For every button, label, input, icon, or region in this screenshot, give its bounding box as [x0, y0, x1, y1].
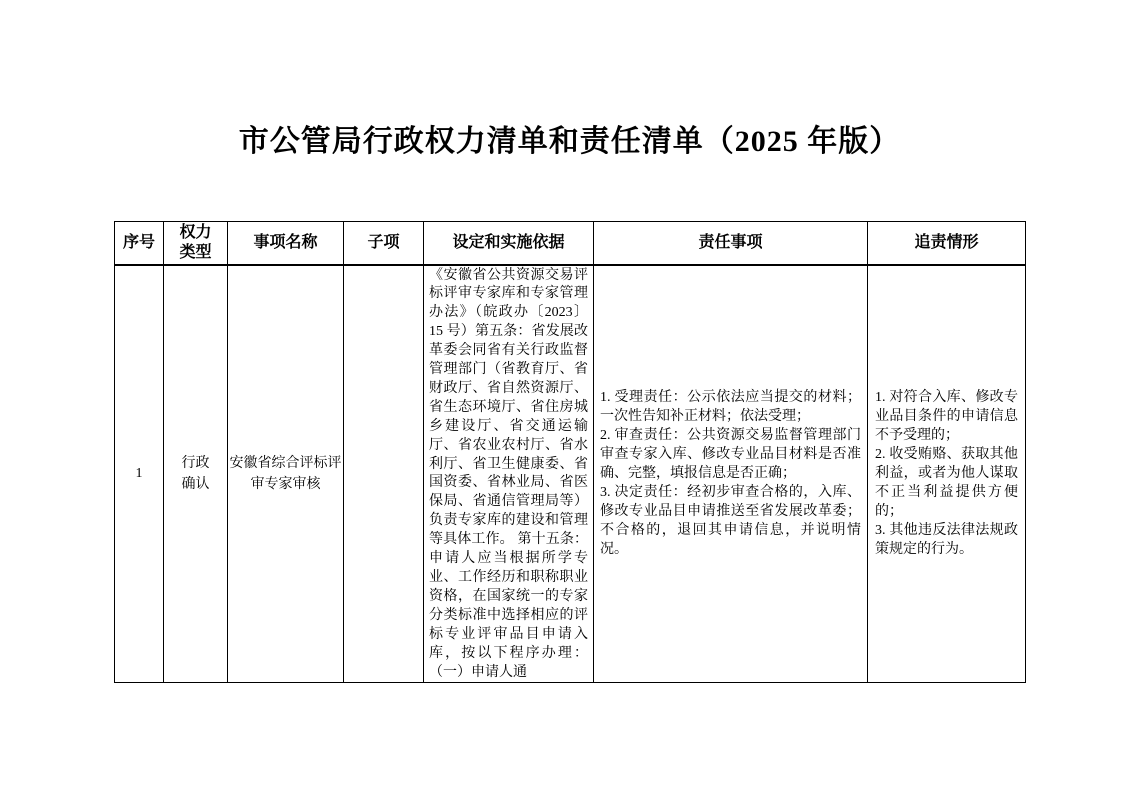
- column-header-legal-basis: 设定和实施依据: [424, 222, 594, 265]
- column-header-responsibility: 责任事项: [594, 222, 868, 265]
- table-row: 1 行政 确认 安徽省综合评标评审专家审核 《安徽省公共资源交易评标评审专家库和…: [115, 265, 1026, 683]
- column-header-item-name: 事项名称: [228, 222, 344, 265]
- cell-responsibility: 1. 受理责任：公示依法应当提交的材料；一次性告知补正材料；依法受理； 2. 审…: [594, 265, 868, 683]
- column-header-seq: 序号: [115, 222, 164, 265]
- column-header-sub-item: 子项: [344, 222, 424, 265]
- cell-power-type: 行政 确认: [164, 265, 228, 683]
- header-row: 序号 权力 类型 事项名称 子项 设定和实施依据 责任事项 追责情形: [115, 222, 1026, 265]
- cell-seq: 1: [115, 265, 164, 683]
- cell-sub-item: [344, 265, 424, 683]
- column-header-power-type: 权力 类型: [164, 222, 228, 265]
- page-title: 市公管局行政权力清单和责任清单（2025 年版）: [114, 116, 1025, 160]
- document-page: 市公管局行政权力清单和责任清单（2025 年版） 序号 权力 类型 事项名称 子…: [0, 0, 1122, 793]
- cell-accountability: 1. 对符合入库、修改专业品目条件的申请信息不予受理的； 2. 收受贿赂、获取其…: [868, 265, 1026, 683]
- cell-legal-basis: 《安徽省公共资源交易评标评审专家库和专家管理办法》（皖政办〔2023〕15 号）…: [424, 265, 594, 683]
- power-responsibility-table: 序号 权力 类型 事项名称 子项 设定和实施依据 责任事项 追责情形 1 行政 …: [114, 221, 1026, 683]
- column-header-accountability: 追责情形: [868, 222, 1026, 265]
- cell-item-name: 安徽省综合评标评审专家审核: [228, 265, 344, 683]
